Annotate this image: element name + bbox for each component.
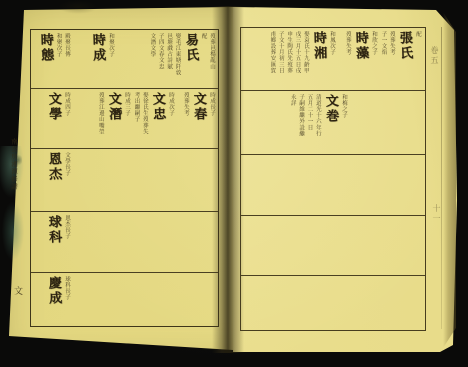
annotation: 甫鄉設葬安匯賀 [269,31,276,86]
person-entry: 文學長子 恩杰 [44,152,70,207]
person-name: 時藻 [352,31,370,86]
right-genealogy-table: 配 張氏 歿葬失考 子一文焰 和欣之子 時藻 歿葬失考 和鳳次子 時湘 娶袁氏十… [240,27,426,331]
annotation: 子四文春文忠 [157,33,164,84]
person-name: 恩杰 [45,152,63,207]
annotation: 邑塘戯占詩賦 [165,33,172,84]
relation-header: 球科長子 [63,276,70,326]
table-row [241,216,425,276]
person-name: 文潛 [105,92,123,144]
person-entry: 和欣之子 時藻 歿葬失考 [343,31,378,86]
table-row: 球科長子 慶成 [31,273,218,330]
person-entry: 殿聚長傳 和聚次子 時態 [36,33,71,84]
burial-note: 歿葬邑楊亂山 [208,33,215,84]
relation-header: 和鳳次子 [328,31,335,86]
person-entry: 和梅之子 文巻 清道光十六年行 五月二十一日 子嗣維繼外設繼 永詳 [287,94,347,150]
relation-header: 和欣之子 [370,31,377,86]
annotation: 清道光十六年行 [314,94,321,150]
left-margin-title: 南公房湘潭修譜 [10,138,19,248]
person-name: 文春 [190,92,208,144]
fold-crease-line [441,27,442,329]
person-entry: 時成四子 文學 [44,92,70,144]
person-name: 球科 [45,215,63,268]
relation-header: 殿聚長傳 [63,33,70,84]
person-name: 文巻 [322,94,340,150]
table-row: 和梅之子 文巻 清道光十六年行 五月二十一日 子嗣維繼外設繼 永詳 [241,91,425,155]
annotation: 歿葬江邊山嘴塋 [97,92,104,144]
person-name: 文學 [45,92,63,144]
table-row: 配 張氏 歿葬失考 子一文焰 和欣之子 時藻 歿葬失考 和鳳次子 時湘 娶袁氏十… [241,28,425,91]
left-genealogy-table: 歿葬邑楊亂山 配 易氏 娶毛江東塘阡敦 邑塘戯占詩賦 子四文春文忠 文潛文學 和… [30,29,219,327]
page-stack-edge [443,12,456,348]
person-name: 文忠 [149,92,167,144]
table-row: 文學長子 恩杰 [31,149,218,212]
photo-of-genealogy-book: 南公房湘潭修譜 文 卷五 十一 歿葬邑楊亂山 配 易氏 娶毛江東塘阡敦 邑塘戯占… [0,0,468,367]
annotation: 子一文焰 [380,31,387,86]
annotation: 子文十月初三日 [277,31,284,86]
person-entry: 時成三子 文潛 歿葬江邊山嘴塋 [96,92,131,144]
annotation: 文潛文學 [149,33,156,84]
annotation: 歿葬失考 [182,92,189,144]
person-name: 時湘 [310,31,328,86]
person-name: 張氏 [396,31,414,86]
person-entry: 配 張氏 歿葬失考 子一文焰 [378,31,421,86]
relation-header: 文學長子 [63,152,70,207]
person-entry: 和鳳次子 時湘 娶袁氏十九齡甲 戌三月十五日戌 申生陶氏先歿葬 子文十月初三日 … [267,31,335,86]
relation-header: 時成四子 [63,92,70,144]
person-entry: 歿葬邑楊亂山 配 易氏 娶毛江東塘阡敦 邑塘戯占詩賦 子四文春文忠 文潛文學 [147,33,215,84]
annotation: 子嗣維繼外設繼 [297,94,304,150]
person-name: 時態 [36,33,54,84]
annotation: 娶徐氏生歿葬失 [141,92,148,144]
annotation: 戌三月十五日戌 [294,31,301,86]
person-entry: 恩杰長子 球科 [44,215,70,268]
person-entry: 球科長子 慶成 [44,276,70,326]
annotation: 申生陶氏先歿葬 [285,31,292,86]
relation-header: 和聚次子 [107,33,114,84]
left-page-number: 文 [11,286,24,295]
relation-header: 時成長子 [208,92,215,144]
annotation: 五月二十一日 [306,94,313,150]
fold-volume-mark: 卷五 [429,46,440,66]
relation-header: 和梅之子 [340,94,347,150]
relation-header: 時成次子 [167,92,174,144]
relation-header: 配 [200,33,207,84]
person-entry: 時成次子 文忠 娶徐氏生歿葬失 考出繼嗣子 [131,92,174,144]
relation-header: 恩杰長子 [63,215,70,268]
table-row: 歿葬邑楊亂山 配 易氏 娶毛江東塘阡敦 邑塘戯占詩賦 子四文春文忠 文潛文學 和… [31,30,218,89]
relation-header: 配 [414,31,421,86]
person-name: 時成 [89,33,107,84]
annotation: 娶毛江東塘阡敦 [174,33,181,84]
annotation: 永詳 [289,94,296,150]
annotation: 歿葬失考 [388,31,395,86]
annotation: 歿葬失考 [344,31,351,86]
person-name: 慶成 [45,276,63,326]
table-row [241,155,425,216]
annotation: 考出繼嗣子 [133,92,140,144]
relation-header: 時成三子 [123,92,130,144]
annotation: 娶袁氏十九齡甲 [302,31,309,86]
table-row [241,276,425,334]
person-entry: 和聚次子 時成 [88,33,114,84]
person-name: 易氏 [181,33,199,84]
table-row: 時成長子 文春 歿葬失考 時成次子 文忠 娶徐氏生歿葬失 考出繼嗣子 時成三子 … [31,89,218,149]
person-entry: 時成長子 文春 歿葬失考 [181,92,216,144]
relation-header: 和聚次子 [55,33,62,84]
table-row: 恩杰長子 球科 [31,212,218,273]
